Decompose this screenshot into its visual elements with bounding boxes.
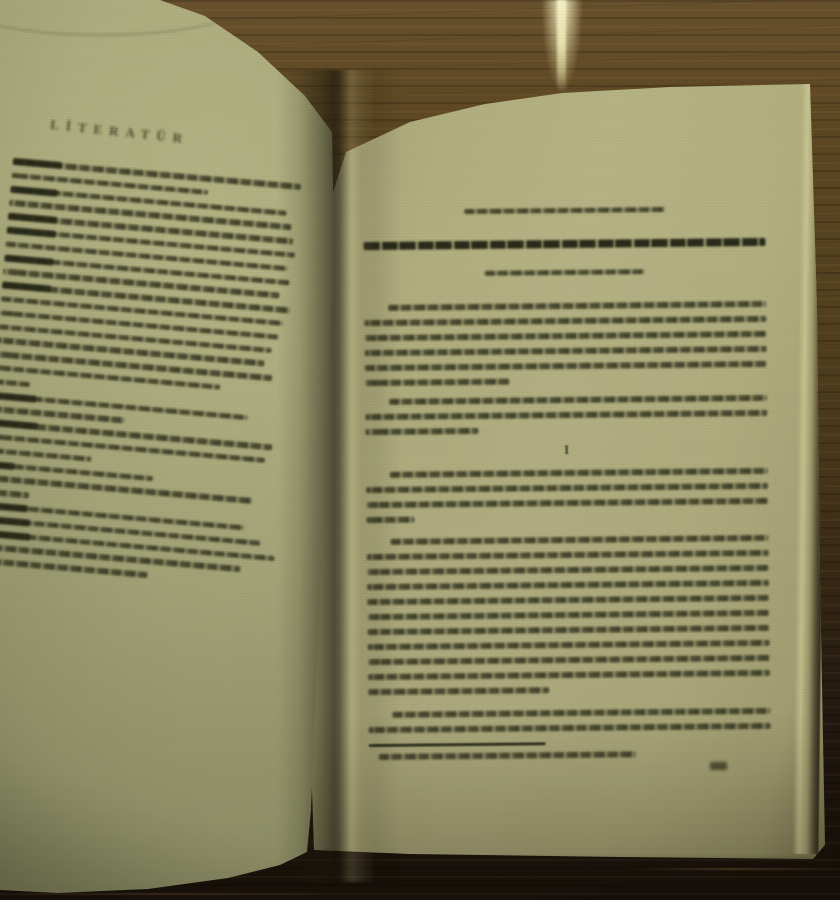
paragraph xyxy=(365,395,767,435)
footnote-text-line xyxy=(379,751,636,760)
text-line xyxy=(365,379,510,387)
text-line xyxy=(368,670,770,680)
institution-line xyxy=(464,207,665,214)
article-author-line xyxy=(364,268,766,277)
text-line xyxy=(366,483,768,493)
paragraph xyxy=(364,301,767,386)
text-line xyxy=(367,550,769,560)
page-number-smudge xyxy=(710,762,727,770)
text-line xyxy=(365,428,478,435)
section-roman-numeral: I xyxy=(366,440,768,460)
wood-plank-seam xyxy=(0,893,320,895)
text-line xyxy=(367,595,769,605)
bibliography-line xyxy=(0,392,248,420)
paragraph xyxy=(366,468,769,523)
text-line xyxy=(368,687,549,695)
bibliography-line xyxy=(0,447,92,462)
text-line xyxy=(368,723,770,733)
footnote-rule-line xyxy=(369,742,546,747)
bibliography-block xyxy=(0,159,310,597)
text-line xyxy=(368,640,770,650)
text-line xyxy=(365,410,767,420)
right-page: I xyxy=(300,78,840,870)
bibliography-line xyxy=(0,489,29,498)
paragraph xyxy=(367,535,771,695)
light-reflection-core xyxy=(557,0,566,92)
text-line xyxy=(365,361,767,371)
text-line xyxy=(367,565,769,575)
text-line xyxy=(364,316,766,326)
bibliography-line xyxy=(0,379,30,388)
literature-heading: LİTERATÜR xyxy=(50,117,190,147)
text-line xyxy=(368,655,770,665)
bibliography-line xyxy=(0,338,265,367)
text-line xyxy=(366,498,768,508)
bibliography-line xyxy=(0,516,261,546)
text-line xyxy=(366,517,414,524)
article-text-block: I xyxy=(363,206,771,769)
bibliography-line xyxy=(0,434,265,464)
bibliography-line xyxy=(0,475,253,504)
text-line xyxy=(364,331,766,341)
text-line xyxy=(388,301,766,311)
bibliography-line xyxy=(0,310,279,340)
article-institution-line xyxy=(363,206,765,215)
article-title-line xyxy=(363,238,765,250)
author-line xyxy=(484,269,645,276)
text-line xyxy=(365,346,767,356)
text-line xyxy=(391,535,769,545)
text-line xyxy=(389,395,767,405)
text-line xyxy=(367,610,769,620)
text-line xyxy=(367,625,769,635)
bibliography-line xyxy=(0,420,272,450)
footnote-rule xyxy=(369,740,771,747)
text-line xyxy=(392,708,770,718)
paragraph xyxy=(368,708,770,733)
text-line xyxy=(390,468,768,478)
footnote-line xyxy=(369,750,771,760)
left-page: LİTERATÜR xyxy=(0,0,348,900)
wood-plank-seam xyxy=(620,868,840,870)
photo-open-book: I LİTERATÜR xyxy=(0,0,840,900)
text-line xyxy=(367,580,769,590)
article-title-line xyxy=(363,238,765,250)
bibliography-line xyxy=(0,502,244,530)
